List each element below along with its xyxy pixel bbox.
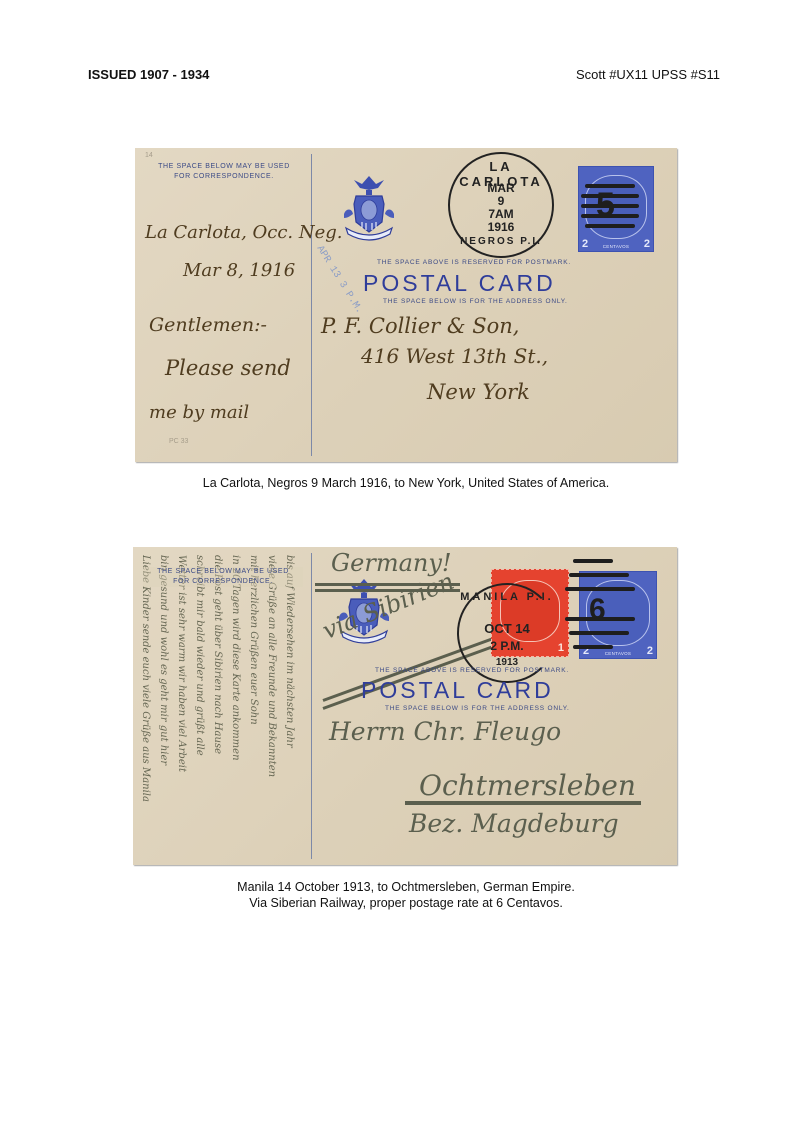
- killer-bar: [573, 645, 613, 649]
- added-stamp-value: 1: [558, 642, 564, 654]
- philippine-islands-emblem-icon: [340, 174, 398, 244]
- stamp-denomination: CENTAVOS: [580, 651, 656, 656]
- killer-numeral: 6: [589, 593, 606, 627]
- correspondence-column: Wetter ist sehr warm wir haben viel Arbe…: [173, 555, 187, 855]
- killer-bar: [569, 631, 629, 635]
- message-line: Mar 8, 1916: [183, 260, 295, 281]
- address-line: P. F. Collier & Son,: [321, 314, 519, 338]
- postmark-date: OCT 14: [459, 621, 555, 636]
- caption-card-2: Manila 14 October 1913, to Ochtmersleben…: [0, 879, 812, 911]
- address-line: Herrn Chr. Fleugo: [329, 717, 561, 746]
- caption-card-1: La Carlota, Negros 9 March 1916, to New …: [0, 475, 812, 491]
- pencil-note-top: 14: [145, 152, 153, 159]
- postmark-year: 1916: [450, 220, 552, 234]
- correspondence-label-line1: THE SPACE BELOW MAY BE USED: [143, 567, 303, 577]
- pencil-note-bottom: PC 33: [169, 438, 188, 445]
- correspondence-column: die Post geht über Sibirien nach Hause: [209, 555, 223, 855]
- message-line: Gentlemen:-: [149, 314, 267, 336]
- postmark-time: 7AM: [450, 207, 552, 221]
- correspondence-label-line2: FOR CORRESPONDENCE.: [143, 577, 303, 587]
- postal-card-title: POSTAL CARD: [363, 270, 556, 297]
- postal-card-la-carlota: 14 THE SPACE BELOW MAY BE USED FOR CORRE…: [135, 148, 677, 462]
- correspondence-column: mit herzlichen Grüßen euer Sohn: [245, 555, 259, 855]
- address-space-label: THE SPACE BELOW IS FOR THE ADDRESS ONLY.: [385, 705, 570, 712]
- correspondence-label: THE SPACE BELOW MAY BE USED FOR CORRESPO…: [149, 162, 299, 182]
- postmark-time: 2 P.M.: [459, 639, 555, 653]
- killer-numeral: 5: [596, 186, 615, 225]
- correspondence-label: THE SPACE BELOW MAY BE USED FOR CORRESPO…: [143, 567, 303, 587]
- correspondence-label-line1: THE SPACE BELOW MAY BE USED: [149, 162, 299, 172]
- killer-bar: [565, 587, 635, 591]
- correspondence-column: Liebe Kinder sende euch viele Grüße aus …: [137, 555, 151, 855]
- correspondence-label-line2: FOR CORRESPONDENCE.: [149, 172, 299, 182]
- underline-stroke: [405, 801, 641, 805]
- caption-card-2-line1: Manila 14 October 1913, to Ochtmersleben…: [0, 879, 812, 895]
- postmark-space-label: THE SPACE ABOVE IS RESERVED FOR POSTMARK…: [377, 259, 571, 266]
- stamp-denomination: CENTAVOS: [579, 244, 653, 249]
- correspondence-column: bis auf Wiedersehen im nächsten Jahr: [281, 555, 295, 855]
- postmark-space-label: THE SPACE ABOVE IS RESERVED FOR POSTMARK…: [375, 667, 569, 674]
- receiving-cancel: APR 13 3 P.M.: [314, 244, 365, 316]
- postal-card-title: POSTAL CARD: [361, 677, 554, 704]
- correspondence-column: schreibt mir bald wieder und grüßt alle: [191, 555, 205, 855]
- address-space-label: THE SPACE BELOW IS FOR THE ADDRESS ONLY.: [383, 298, 568, 305]
- message-line: Please send: [165, 356, 291, 380]
- message-line: La Carlota, Occ. Neg.: [145, 222, 343, 243]
- caption-card-2-line2: Via Siberian Railway, proper postage rat…: [0, 895, 812, 911]
- postmark-day: 9: [450, 194, 552, 208]
- card-divider: [311, 553, 312, 859]
- address-line: Ochtmersleben: [419, 769, 636, 802]
- address-line: Bez. Magdeburg: [409, 809, 619, 838]
- message-line: me by mail: [149, 402, 249, 423]
- postal-card-manila: Liebe Kinder sende euch viele Grüße aus …: [133, 547, 677, 865]
- postmark-region: NEGROS P.I.: [450, 236, 552, 247]
- killer-bar: [569, 573, 629, 577]
- postmark-month: MAR: [450, 181, 552, 195]
- correspondence-column: in 20 Tagen wird diese Karte ankommen: [227, 555, 241, 855]
- killer-bar: [573, 559, 613, 563]
- catalog-numbers: Scott #UX11 UPSS #S11: [576, 67, 720, 82]
- card-divider: [311, 154, 312, 456]
- address-line: New York: [427, 380, 530, 404]
- postmark-la-carlota: LA CARLOTA MAR 9 7AM 1916 NEGROS P.I.: [448, 152, 554, 258]
- postmark-town: MANILA P.I.: [459, 591, 555, 603]
- correspondence-column: viele Grüße an alle Freunde und Bekannte…: [263, 555, 277, 855]
- correspondence-column: bin gesund und wohl es geht mir gut hier: [155, 555, 169, 855]
- imprinted-stamp-2-centavos: 2 2 CENTAVOS: [578, 166, 654, 252]
- address-line: 416 West 13th St.,: [361, 344, 548, 368]
- issued-heading: ISSUED 1907 - 1934: [88, 67, 209, 82]
